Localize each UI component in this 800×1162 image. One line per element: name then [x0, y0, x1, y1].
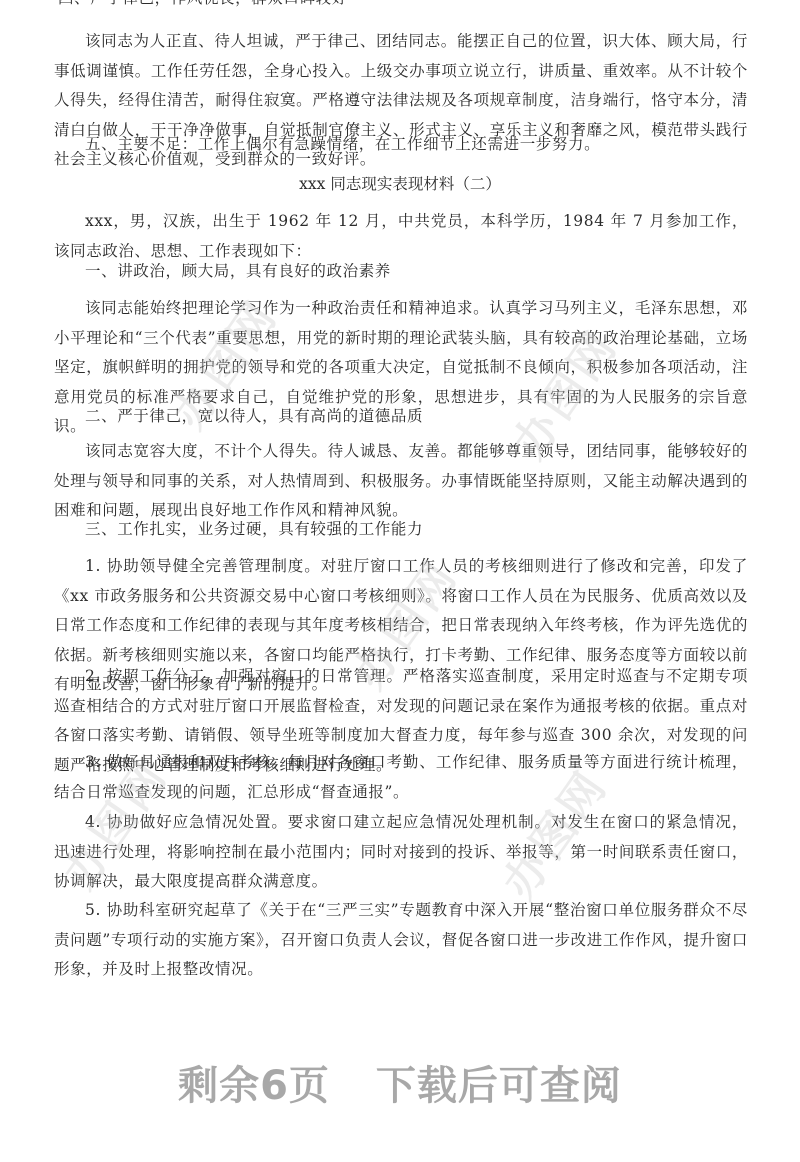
body-2: 该同志宽容大度，不计个人得失。待人诚恳、友善。都能够尊重领导，团结同事，能够较好…: [54, 437, 748, 526]
document-page: 四、严于律己，作风优良，群众口碑较好 该同志为人正直、待人坦诚，严于律己、团结同…: [0, 0, 800, 1162]
section-5-shortcoming: 五、主要不足：工作上偶尔有急躁情绪，在工作细节上还需进一步努力。: [54, 130, 748, 160]
section-heading-4: 四、严于律己，作风优良，群众口碑较好: [58, 0, 752, 14]
list-item-5: 5. 协助科室研究起草了《关于在“三严三实”专题教育中深入开展“整治窗口单位服务…: [54, 896, 748, 985]
document-title-2: xxx 同志现实表现材料（二）: [0, 172, 800, 194]
list-item-3: 3. 做好月通报和双月考核。每月对各窗口考勤、工作纪律、服务质量等方面进行统计梳…: [54, 748, 748, 807]
download-prompt-banner[interactable]: 剩余6页下载后可查阅: [0, 1054, 800, 1111]
heading-1: 一、讲政治，顾大局，具有良好的政治素养: [54, 257, 748, 287]
download-to-view-label: 下载后可查阅: [376, 1063, 622, 1109]
list-item-4: 4. 协助做好应急情况处置。要求窗口建立起应急情况处理机制。对发生在窗口的紧急情…: [54, 808, 748, 897]
remaining-pages-label: 剩余6页: [178, 1063, 330, 1109]
heading-3: 三、工作扎实，业务过硬，具有较强的工作能力: [54, 515, 748, 545]
heading-2: 二、严于律己，宽以待人，具有高尚的道德品质: [54, 402, 748, 432]
